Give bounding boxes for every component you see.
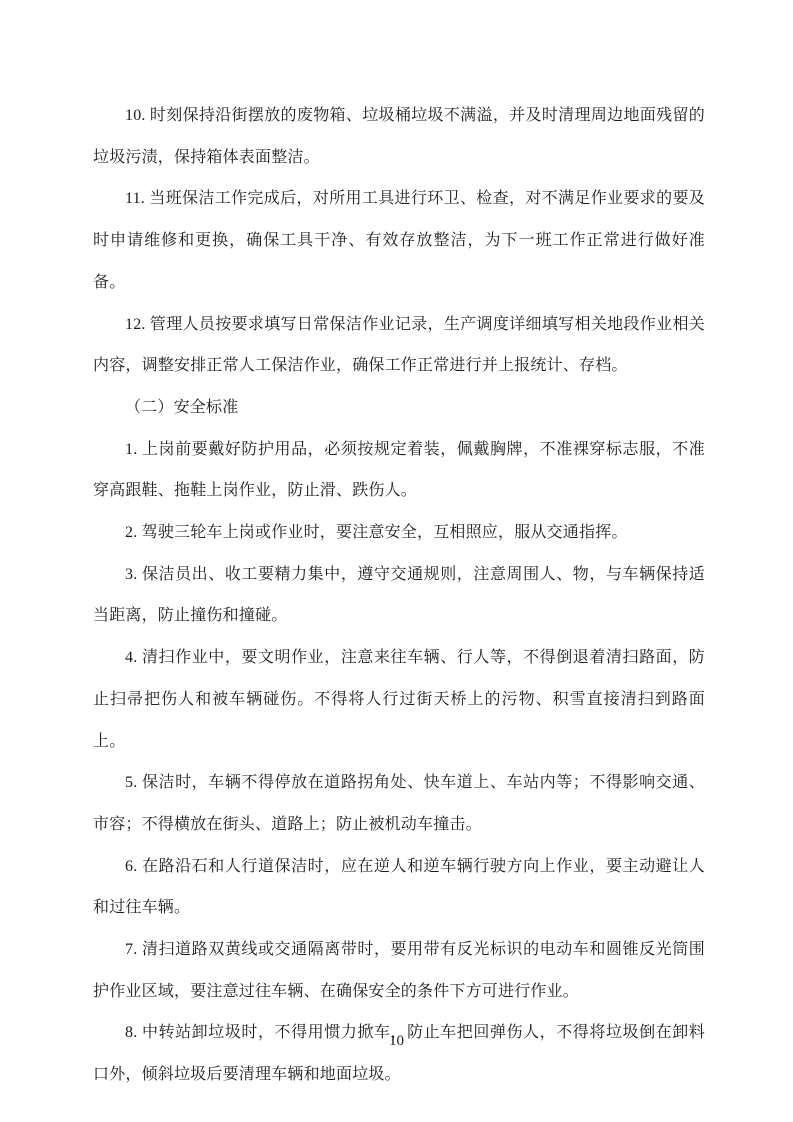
paragraph-12: 12. 管理人员按要求填写日常保洁作业记录，生产调度详细填写相关地段作业相关内容…	[93, 304, 705, 387]
paragraph-2: 2. 驾驶三轮车上岗或作业时，要注意安全，互相照应，服从交通指挥。	[93, 512, 705, 554]
page-number: 10	[0, 1031, 793, 1052]
paragraph-6: 6. 在路沿石和人行道保洁时，应在逆人和逆车辆行驶方向上作业，要主动避让人和过往…	[93, 846, 705, 929]
paragraph-8: 8. 中转站卸垃圾时，不得用惯力掀车，防止车把回弹伤人，不得将垃圾倒在卸料口外，…	[93, 1012, 705, 1095]
paragraph-5: 5. 保洁时，车辆不得停放在道路拐角处、快车道上、车站内等；不得影响交通、市容；…	[93, 762, 705, 845]
paragraph-3: 3. 保洁员出、收工要精力集中，遵守交通规则，注意周围人、物，与车辆保持适当距离…	[93, 554, 705, 637]
paragraph-4: 4. 清扫作业中，要文明作业，注意来往车辆、行人等，不得倒退着清扫路面，防止扫帚…	[93, 637, 705, 762]
paragraph-1: 1. 上岗前要戴好防护用品，必须按规定着装，佩戴胸牌，不准裸穿标志服，不准穿高跟…	[93, 429, 705, 512]
document-body: 10. 时刻保持沿街摆放的废物箱、垃圾桶垃圾不满溢，并及时清理周边地面残留的垃圾…	[93, 95, 705, 1096]
paragraph-10: 10. 时刻保持沿街摆放的废物箱、垃圾桶垃圾不满溢，并及时清理周边地面残留的垃圾…	[93, 95, 705, 178]
document-page: 10. 时刻保持沿街摆放的废物箱、垃圾桶垃圾不满溢，并及时清理周边地面残留的垃圾…	[0, 0, 793, 1122]
paragraph-11: 11. 当班保洁工作完成后，对所用工具进行环卫、检查，对不满足作业要求的要及时申…	[93, 178, 705, 303]
section-heading-safety-standards: （二）安全标准	[93, 387, 705, 429]
paragraph-7: 7. 清扫道路双黄线或交通隔离带时，要用带有反光标识的电动车和圆锥反光筒围护作业…	[93, 929, 705, 1012]
